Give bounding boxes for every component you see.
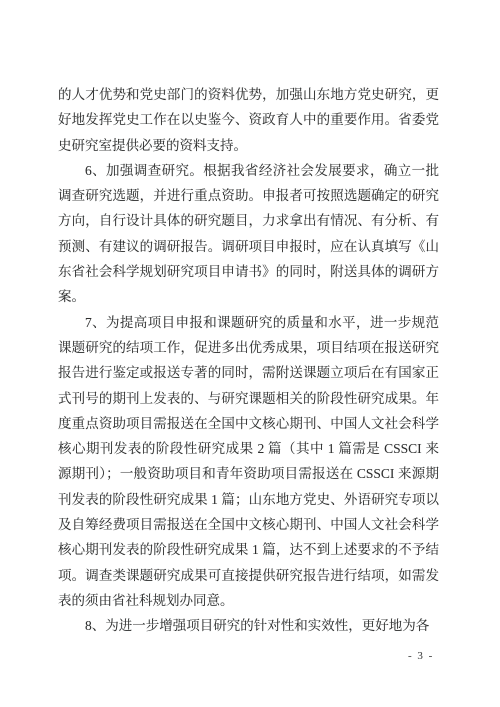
paragraph-item-8: 8、为进一步增强项目研究的针对性和实效性，更好地为各 bbox=[58, 613, 439, 638]
paragraph-continuation: 的人才优势和党史部门的资料优势，加强山东地方党史研究，更好地发挥党史工作在以史鉴… bbox=[58, 82, 439, 158]
document-body: 的人才优势和党史部门的资料优势，加强山东地方党史研究，更好地发挥党史工作在以史鉴… bbox=[58, 82, 439, 639]
paragraph-item-7: 7、为提高项目申报和课题研究的质量和水平，进一步规范课题研究的结项工作，促进多出… bbox=[58, 310, 439, 614]
document-page: 的人才优势和党史部门的资料优势，加强山东地方党史研究，更好地发挥党史工作在以史鉴… bbox=[0, 0, 500, 707]
paragraph-item-6: 6、加强调查研究。根据我省经济社会发展要求，确立一批调查研究选题，并进行重点资助… bbox=[58, 158, 439, 310]
page-number: - 3 - bbox=[408, 650, 434, 662]
